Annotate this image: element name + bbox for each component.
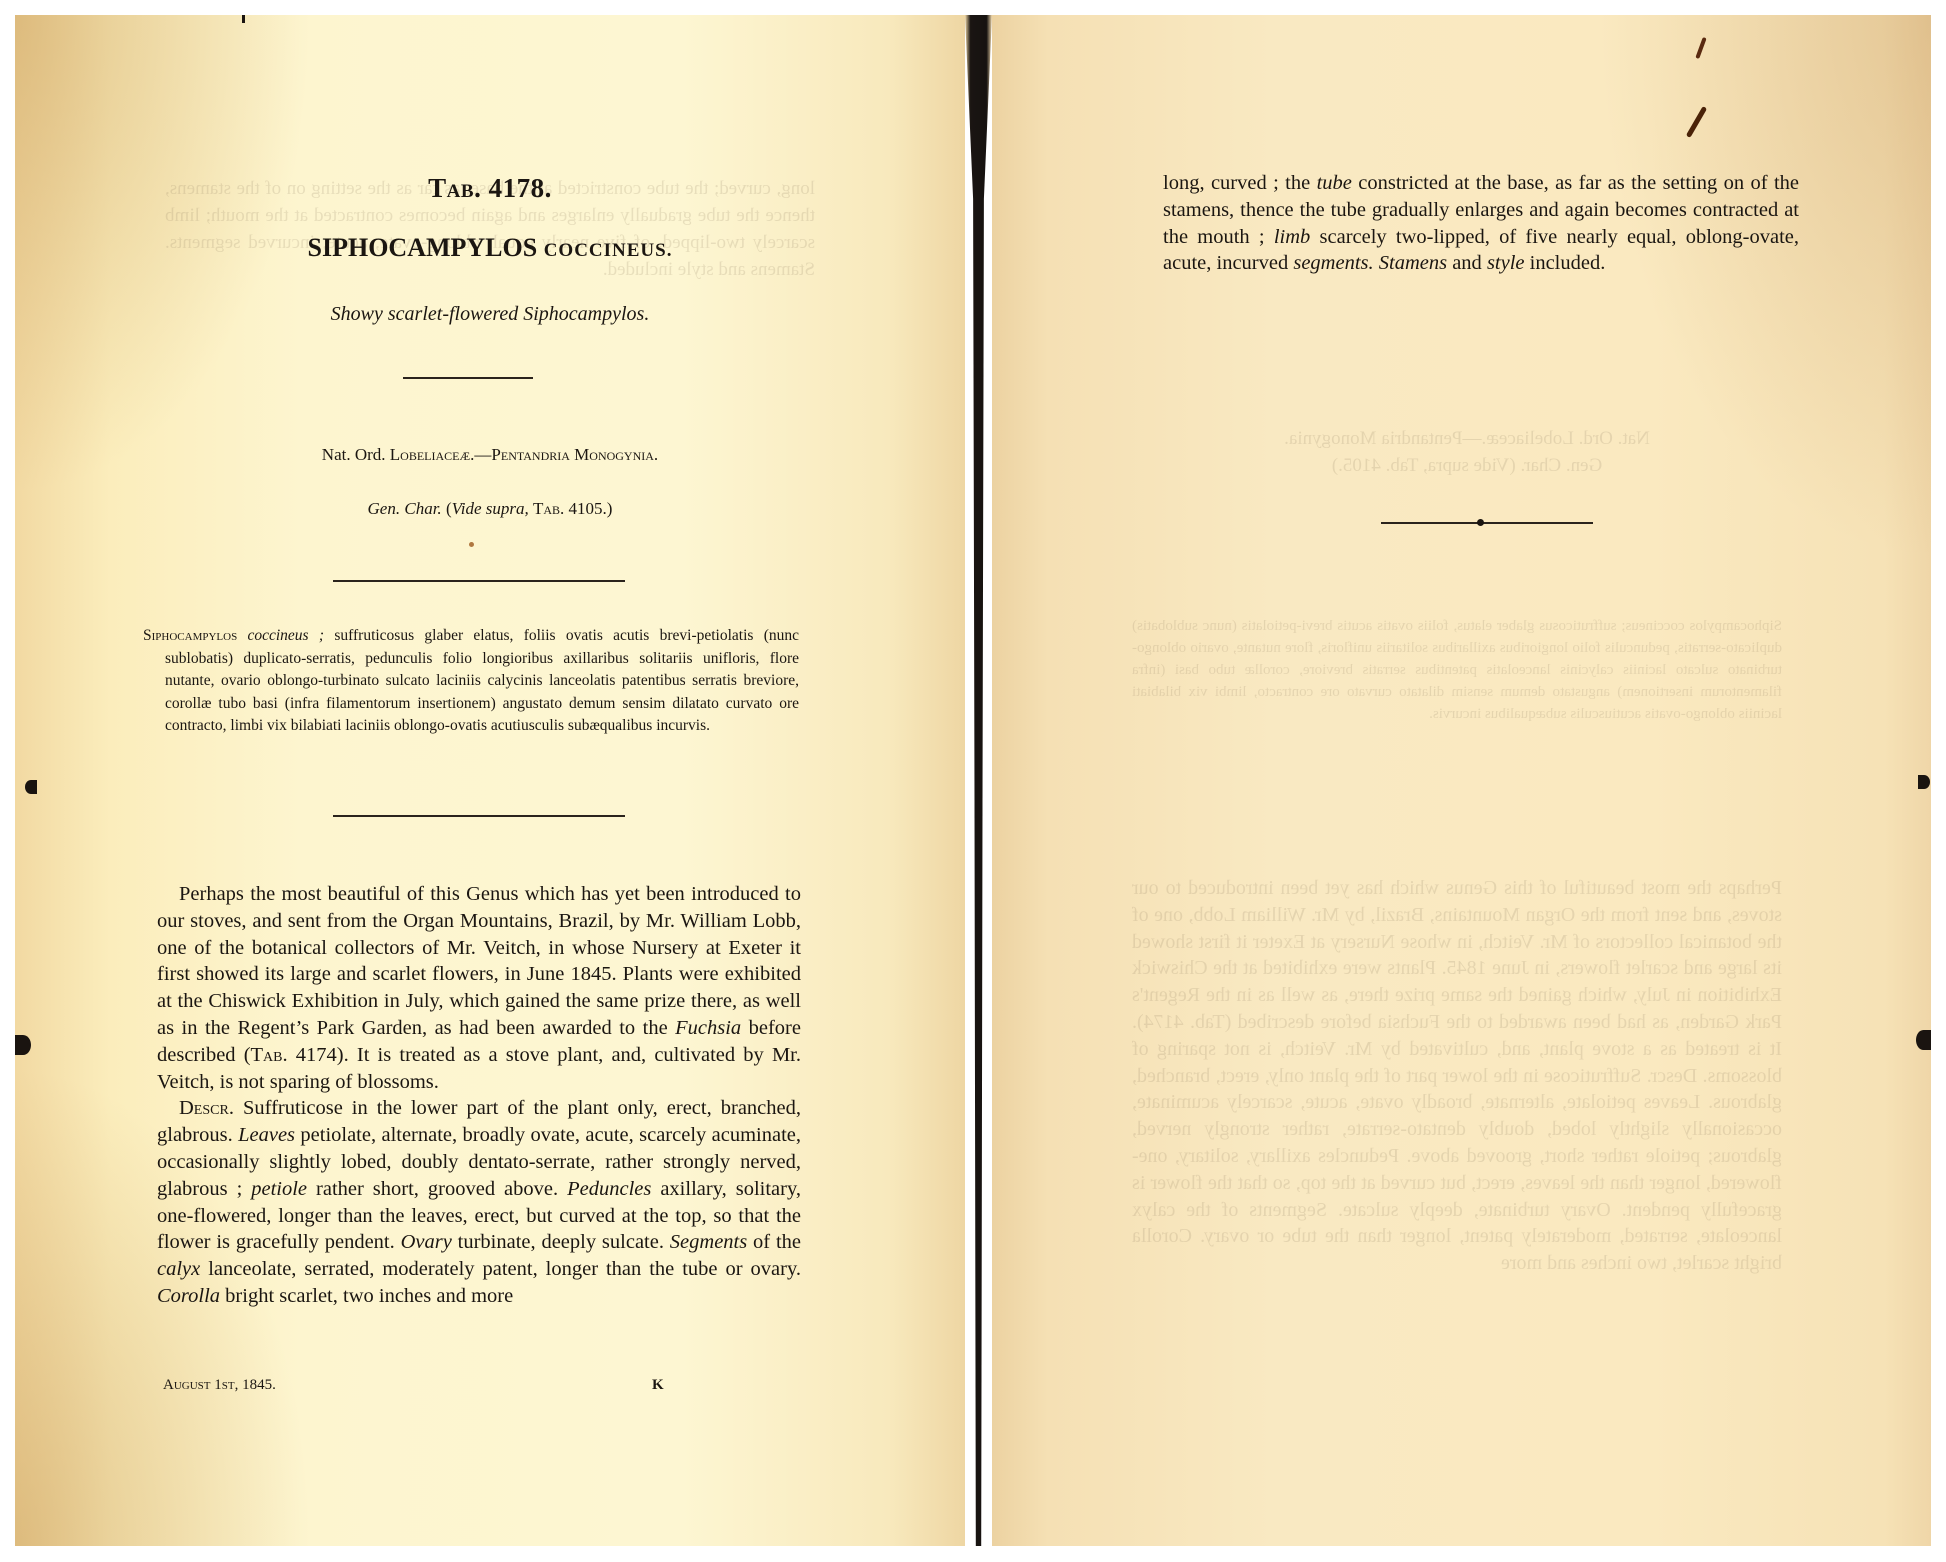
italic-run: Segments — [670, 1231, 747, 1253]
italic-run: segments. — [1293, 252, 1373, 274]
show-through-title: Nat. Ord. Lobeliaceæ.—Pentandria Monogyn… — [1147, 425, 1787, 479]
italic-run: Peduncles — [567, 1178, 651, 1200]
separator: — — [474, 445, 491, 464]
divider-rule — [1381, 522, 1593, 524]
diagnosis-species: coccineus ; — [247, 627, 324, 644]
foxing-spot — [469, 542, 474, 547]
binding-hole-mark — [25, 780, 37, 794]
vide-supra: Vide supra, — [452, 499, 529, 518]
text-run: bright scarlet, two inches and more — [220, 1285, 513, 1307]
natural-order: Nat. Ord. Lobeliaceæ.—Pentandria Monogyn… — [15, 445, 965, 465]
text-run: lanceolate, serrated, moderately patent,… — [200, 1258, 801, 1280]
nat-ord-prefix: Nat. Ord. — [322, 445, 386, 464]
show-through-body: Perhaps the most beautiful of this Genus… — [1132, 875, 1782, 1277]
italic-run: limb — [1274, 226, 1310, 248]
issue-date: August 1st, 1845. — [163, 1377, 276, 1394]
tab-ref: Tab. — [251, 1044, 288, 1066]
description-body: Perhaps the most beautiful of this Genus… — [157, 881, 801, 1310]
rule-dot — [1477, 519, 1484, 526]
text-run: Perhaps the most beautiful of this Genus… — [157, 883, 801, 1039]
text-run: and — [1447, 252, 1487, 274]
species-epithet: coccineus. — [544, 240, 673, 261]
text-run: included. — [1525, 252, 1606, 274]
text-run: of the — [747, 1231, 801, 1253]
common-name: Showy scarlet-flowered Siphocampylos. — [15, 303, 965, 326]
book-gutter — [965, 15, 992, 1546]
italic-run: calyx — [157, 1258, 200, 1280]
book-spread: long, curved; the tube constricted at th… — [15, 15, 1931, 1546]
plate-heading: Tab. 4178. — [15, 173, 965, 204]
linnaean-class: Pentandria Monogynia. — [491, 445, 658, 464]
divider-long — [333, 580, 625, 582]
text-run: long, curved ; the — [1163, 172, 1317, 194]
binding-hole-mark — [1918, 775, 1930, 789]
gen-char-label: Gen. Char. — [368, 499, 442, 518]
binding-hole-mark — [1916, 1030, 1931, 1050]
italic-run: Ovary — [401, 1231, 452, 1253]
italic-run: Leaves — [238, 1124, 295, 1146]
descr-lead: Descr. — [179, 1097, 234, 1119]
continuation-paragraph: long, curved ; the tube constricted at t… — [1163, 170, 1799, 277]
left-page: long, curved; the tube constricted at th… — [15, 15, 965, 1546]
ink-scratch — [1695, 37, 1706, 59]
right-page: Nat. Ord. Lobeliaceæ.—Pentandria Monogyn… — [992, 15, 1931, 1546]
italic-run: style — [1487, 252, 1525, 274]
diagnosis-genus: Siphocampylos — [143, 627, 237, 644]
italic-run: tube — [1317, 172, 1352, 194]
plate-label: Tab. — [428, 173, 481, 203]
ink-mark — [242, 15, 245, 23]
italic-run: Corolla — [157, 1285, 220, 1307]
family-name: Lobeliaceæ. — [390, 445, 475, 464]
text-run: rather short, grooved above. — [307, 1178, 567, 1200]
tab-ref-label: Tab. — [533, 499, 564, 518]
generic-character: Gen. Char. (Vide supra, Tab. 4105.) — [15, 499, 965, 519]
text-run: turbinate, deeply sulcate. — [452, 1231, 670, 1253]
italic-run: petiole — [251, 1178, 307, 1200]
signature-mark: K — [652, 1377, 664, 1394]
tab-ref-number: 4105.) — [569, 499, 613, 518]
ink-scratch — [1686, 106, 1707, 138]
history-paragraph: Perhaps the most beautiful of this Genus… — [157, 881, 801, 1095]
binding-hole-mark — [15, 1035, 31, 1055]
genus-name: SIPHOCAMPYLOS — [308, 233, 538, 262]
divider-long-2 — [333, 815, 625, 817]
description-paragraph: Descr. Suffruticose in the lower part of… — [157, 1095, 801, 1309]
species-title: SIPHOCAMPYLOS coccineus. — [15, 233, 965, 263]
description-continuation: long, curved ; the tube constricted at t… — [1163, 170, 1799, 277]
plate-number: 4178. — [489, 173, 552, 203]
italic-run: Fuchsia — [675, 1017, 741, 1039]
divider-short — [403, 377, 533, 379]
latin-diagnosis: Siphocampylos coccineus ; suffruticosus … — [143, 625, 799, 738]
show-through-latin: Siphocampylos coccineus; suffruticosus g… — [1132, 615, 1782, 725]
italic-run: Stamens — [1379, 252, 1447, 274]
